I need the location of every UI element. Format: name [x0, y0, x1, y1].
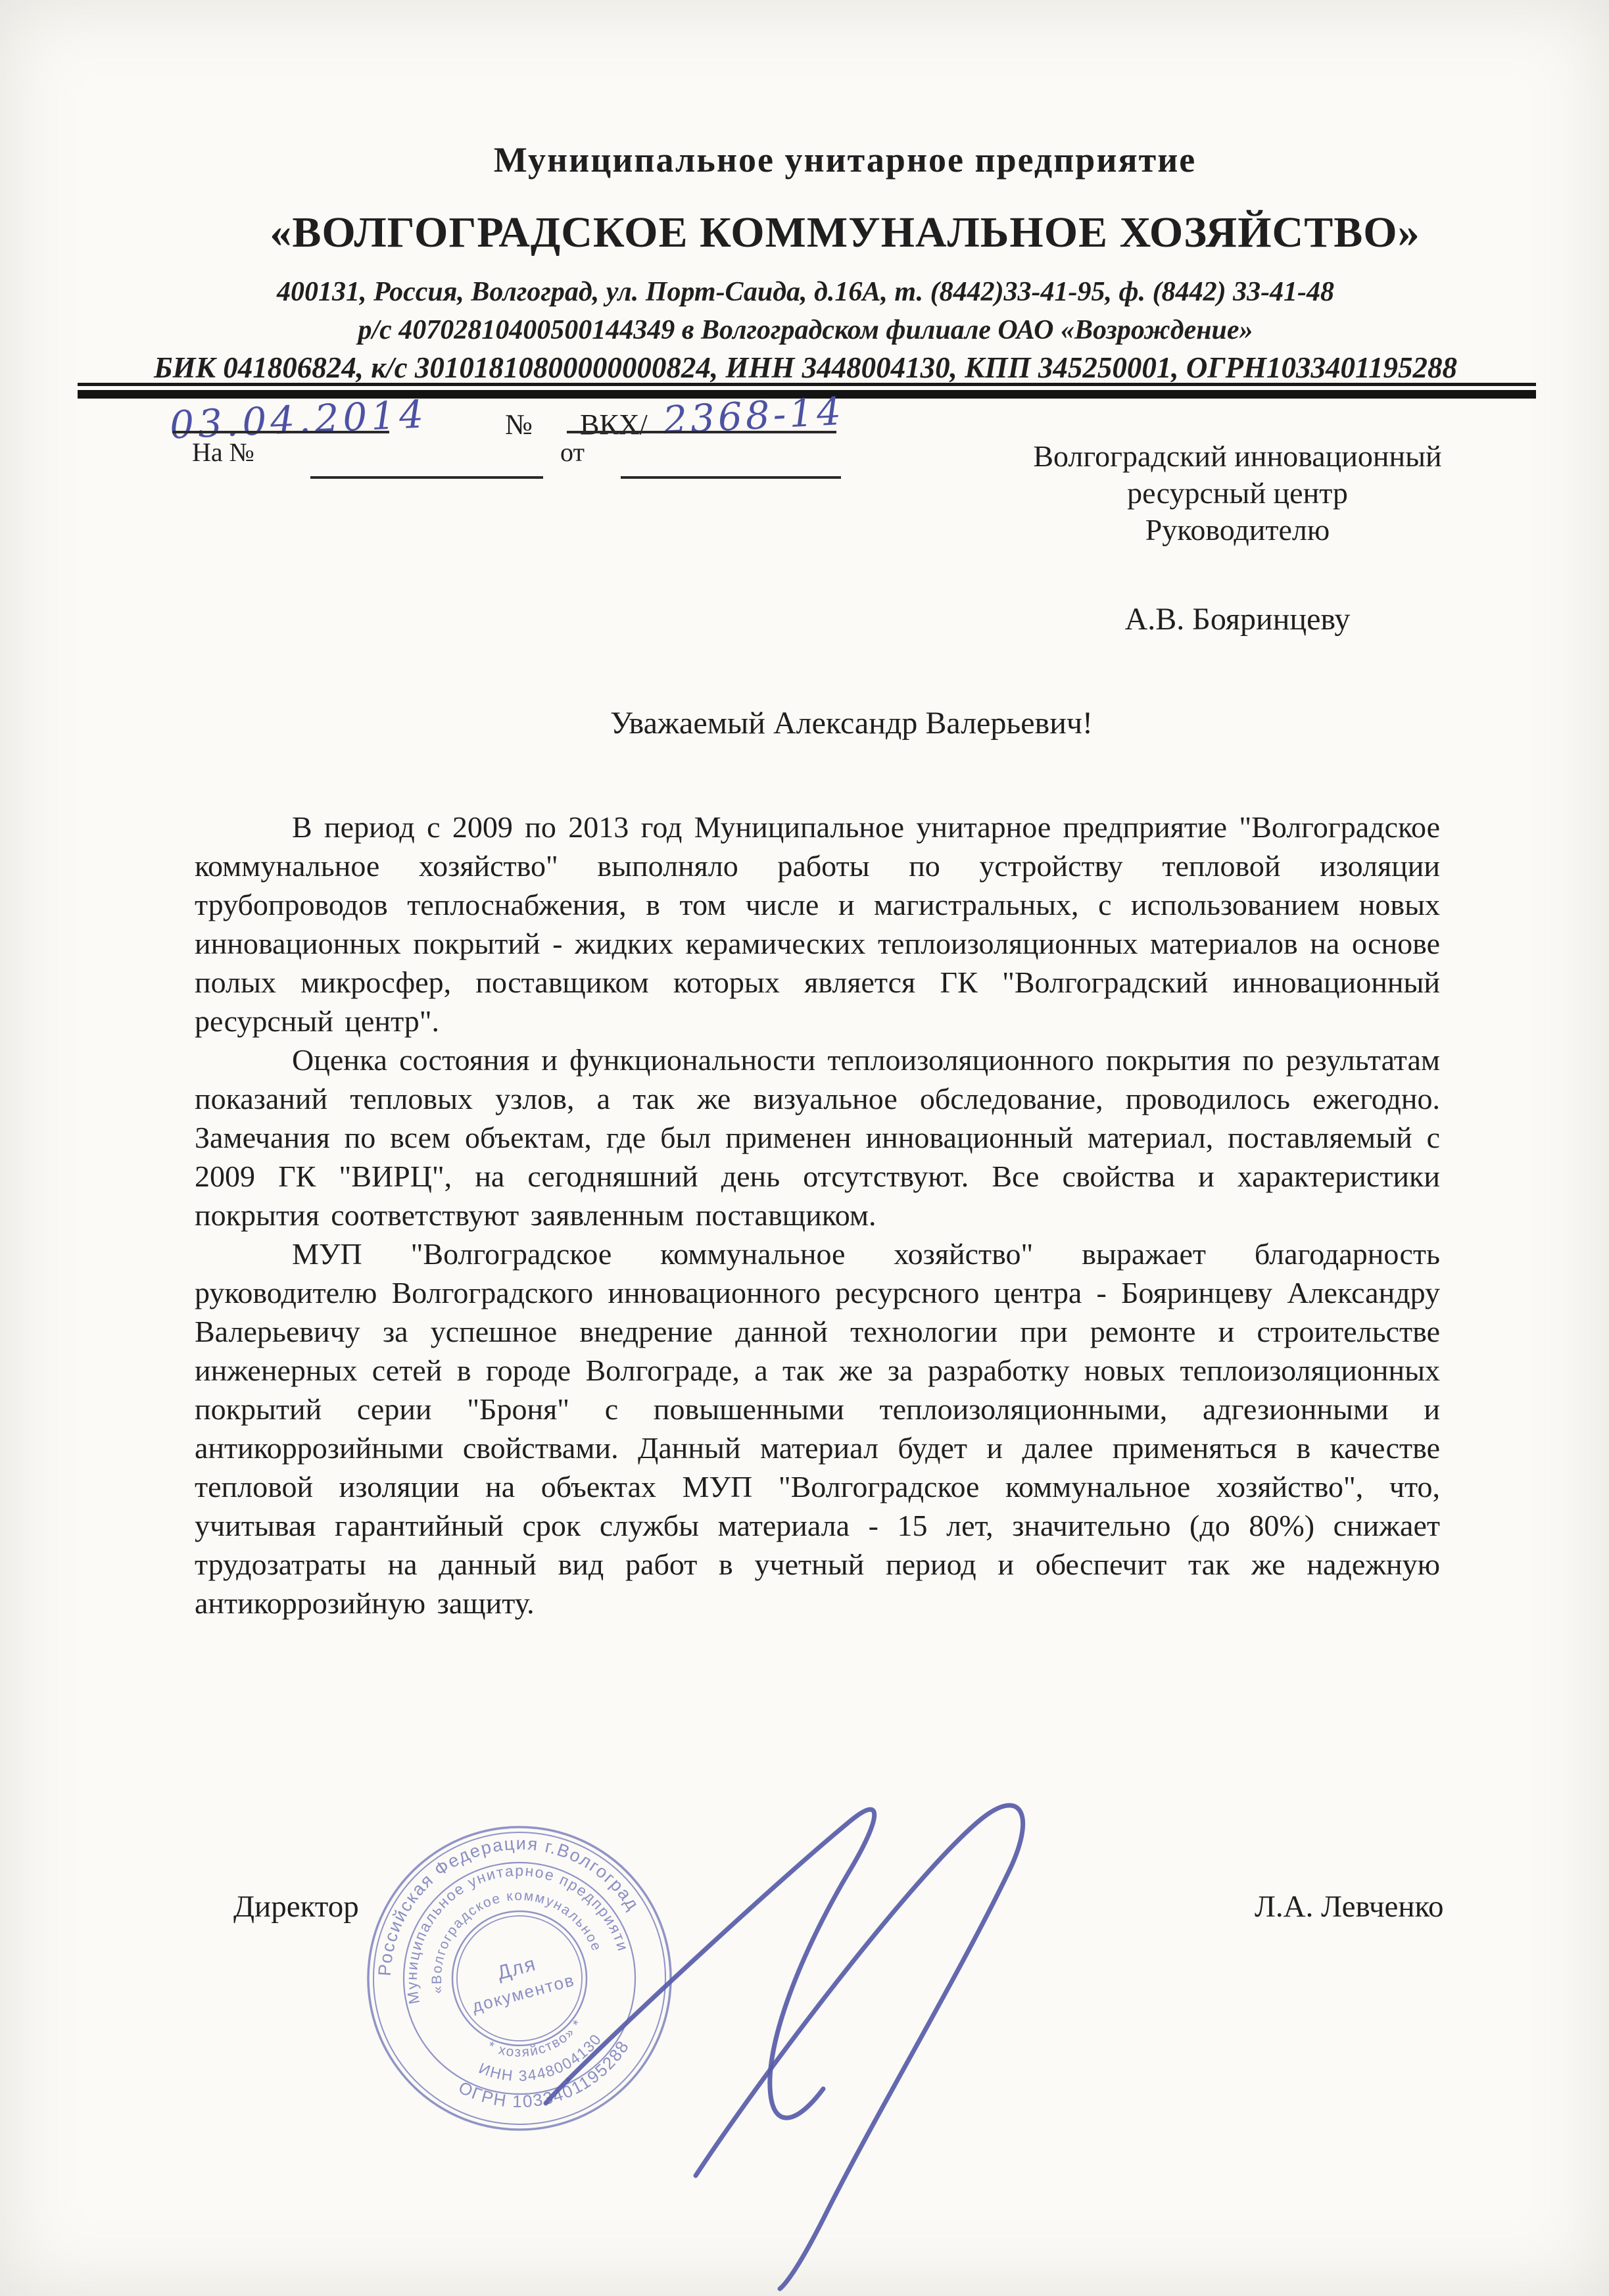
- signer-title: Директор: [233, 1889, 359, 1924]
- body-paragraph-2: Оценка состояния и функциональности тепл…: [195, 1040, 1440, 1234]
- recipient-line-3: Руководителю: [999, 512, 1476, 549]
- recipient-line-1: Волгоградский инновационный: [999, 438, 1476, 475]
- reply-to-label: На №: [192, 437, 254, 468]
- salutation: Уважаемый Александр Валерьевич!: [158, 705, 1545, 741]
- number-sign: №: [505, 408, 533, 441]
- recipient-name: А.В. Бояринцеву: [999, 601, 1476, 637]
- from-blank-underline: [621, 476, 841, 479]
- handwritten-number: 2368-14: [661, 389, 845, 443]
- stamp-center-line-1: Для: [495, 1953, 539, 1984]
- org-type-line: Муниципальное унитарное предприятие: [118, 139, 1572, 180]
- recipient-line-2: ресурсный центр: [999, 475, 1476, 512]
- body-paragraph-1: В период с 2009 по 2013 год Муниципально…: [195, 808, 1440, 1040]
- org-requisites-line: БИК 041806824, к/с 30101810800000000824,…: [39, 351, 1572, 385]
- number-prefix: ВКХ/: [580, 408, 648, 441]
- org-address-line: 400131, Россия, Волгоград, ул. Порт-Саид…: [39, 276, 1572, 308]
- recipient-block: Волгоградский инновационный ресурсный це…: [999, 438, 1476, 549]
- letter-body: В период с 2009 по 2013 год Муниципально…: [195, 808, 1440, 1623]
- letterhead-rule-thin: [78, 383, 1536, 386]
- letter-page: Муниципальное унитарное предприятие «ВОЛ…: [0, 0, 1609, 2296]
- signer-name: Л.А. Левченко: [1255, 1889, 1444, 1924]
- round-stamp: Российская Федерация г.Волгоград ОГРН 10…: [358, 1817, 681, 2139]
- signature-stroke-loop-large: [696, 1805, 1023, 2289]
- from-label: от: [560, 437, 585, 468]
- org-account-line: р/с 40702810400500144349 в Волгоградском…: [39, 314, 1572, 346]
- body-paragraph-3: МУП "Волгоградское коммунальное хозяйств…: [195, 1234, 1440, 1623]
- number-underline: [567, 431, 836, 433]
- stamp-rotated-group: Российская Федерация г.Волгоград ОГРН 10…: [358, 1817, 681, 2139]
- date-underline: [172, 431, 389, 433]
- reply-blank-underline: [310, 476, 543, 479]
- org-name-line: «ВОЛГОГРАДСКОЕ КОММУНАЛЬНОЕ ХОЗЯЙСТВО»: [118, 208, 1572, 258]
